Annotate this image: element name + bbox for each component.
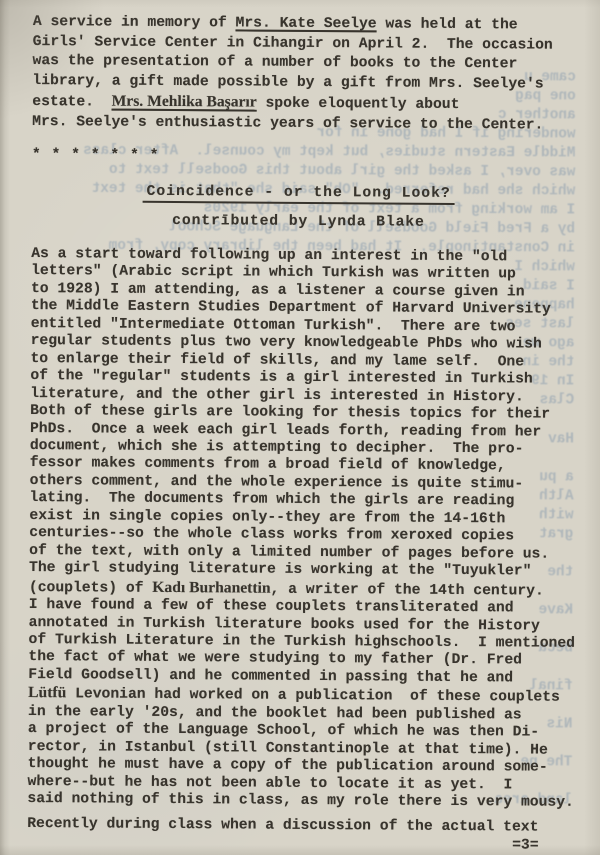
text-line: Recently during class when a discussion … [27, 816, 538, 836]
text-line: said nothing of this in class, as my rol… [27, 791, 574, 812]
scanned-newsletter-page: came uone paganother cwondering if I had… [0, 0, 600, 855]
article-title: Coincidence - or the Long Look? [142, 184, 454, 205]
asterisk-separator: * * * * * * * [32, 147, 160, 164]
article-body: As a start toward following up an intere… [27, 246, 577, 812]
memorial-paragraph: A service in memory of Mrs. Kate Seelye … [32, 13, 553, 136]
closing-paragraph: Recently during class when a discussion … [27, 816, 538, 836]
article-byline: contrībuted by Lynda Blake [0, 212, 599, 232]
article-title-row: Coincidence - or the Long Look? [0, 183, 599, 206]
text-line: Mrs. Seelye's enthusiastic years of serv… [32, 113, 552, 136]
typewritten-content: A service in memory of Mrs. Kate Seelye … [0, 0, 600, 855]
page-number: =3= [512, 837, 539, 853]
